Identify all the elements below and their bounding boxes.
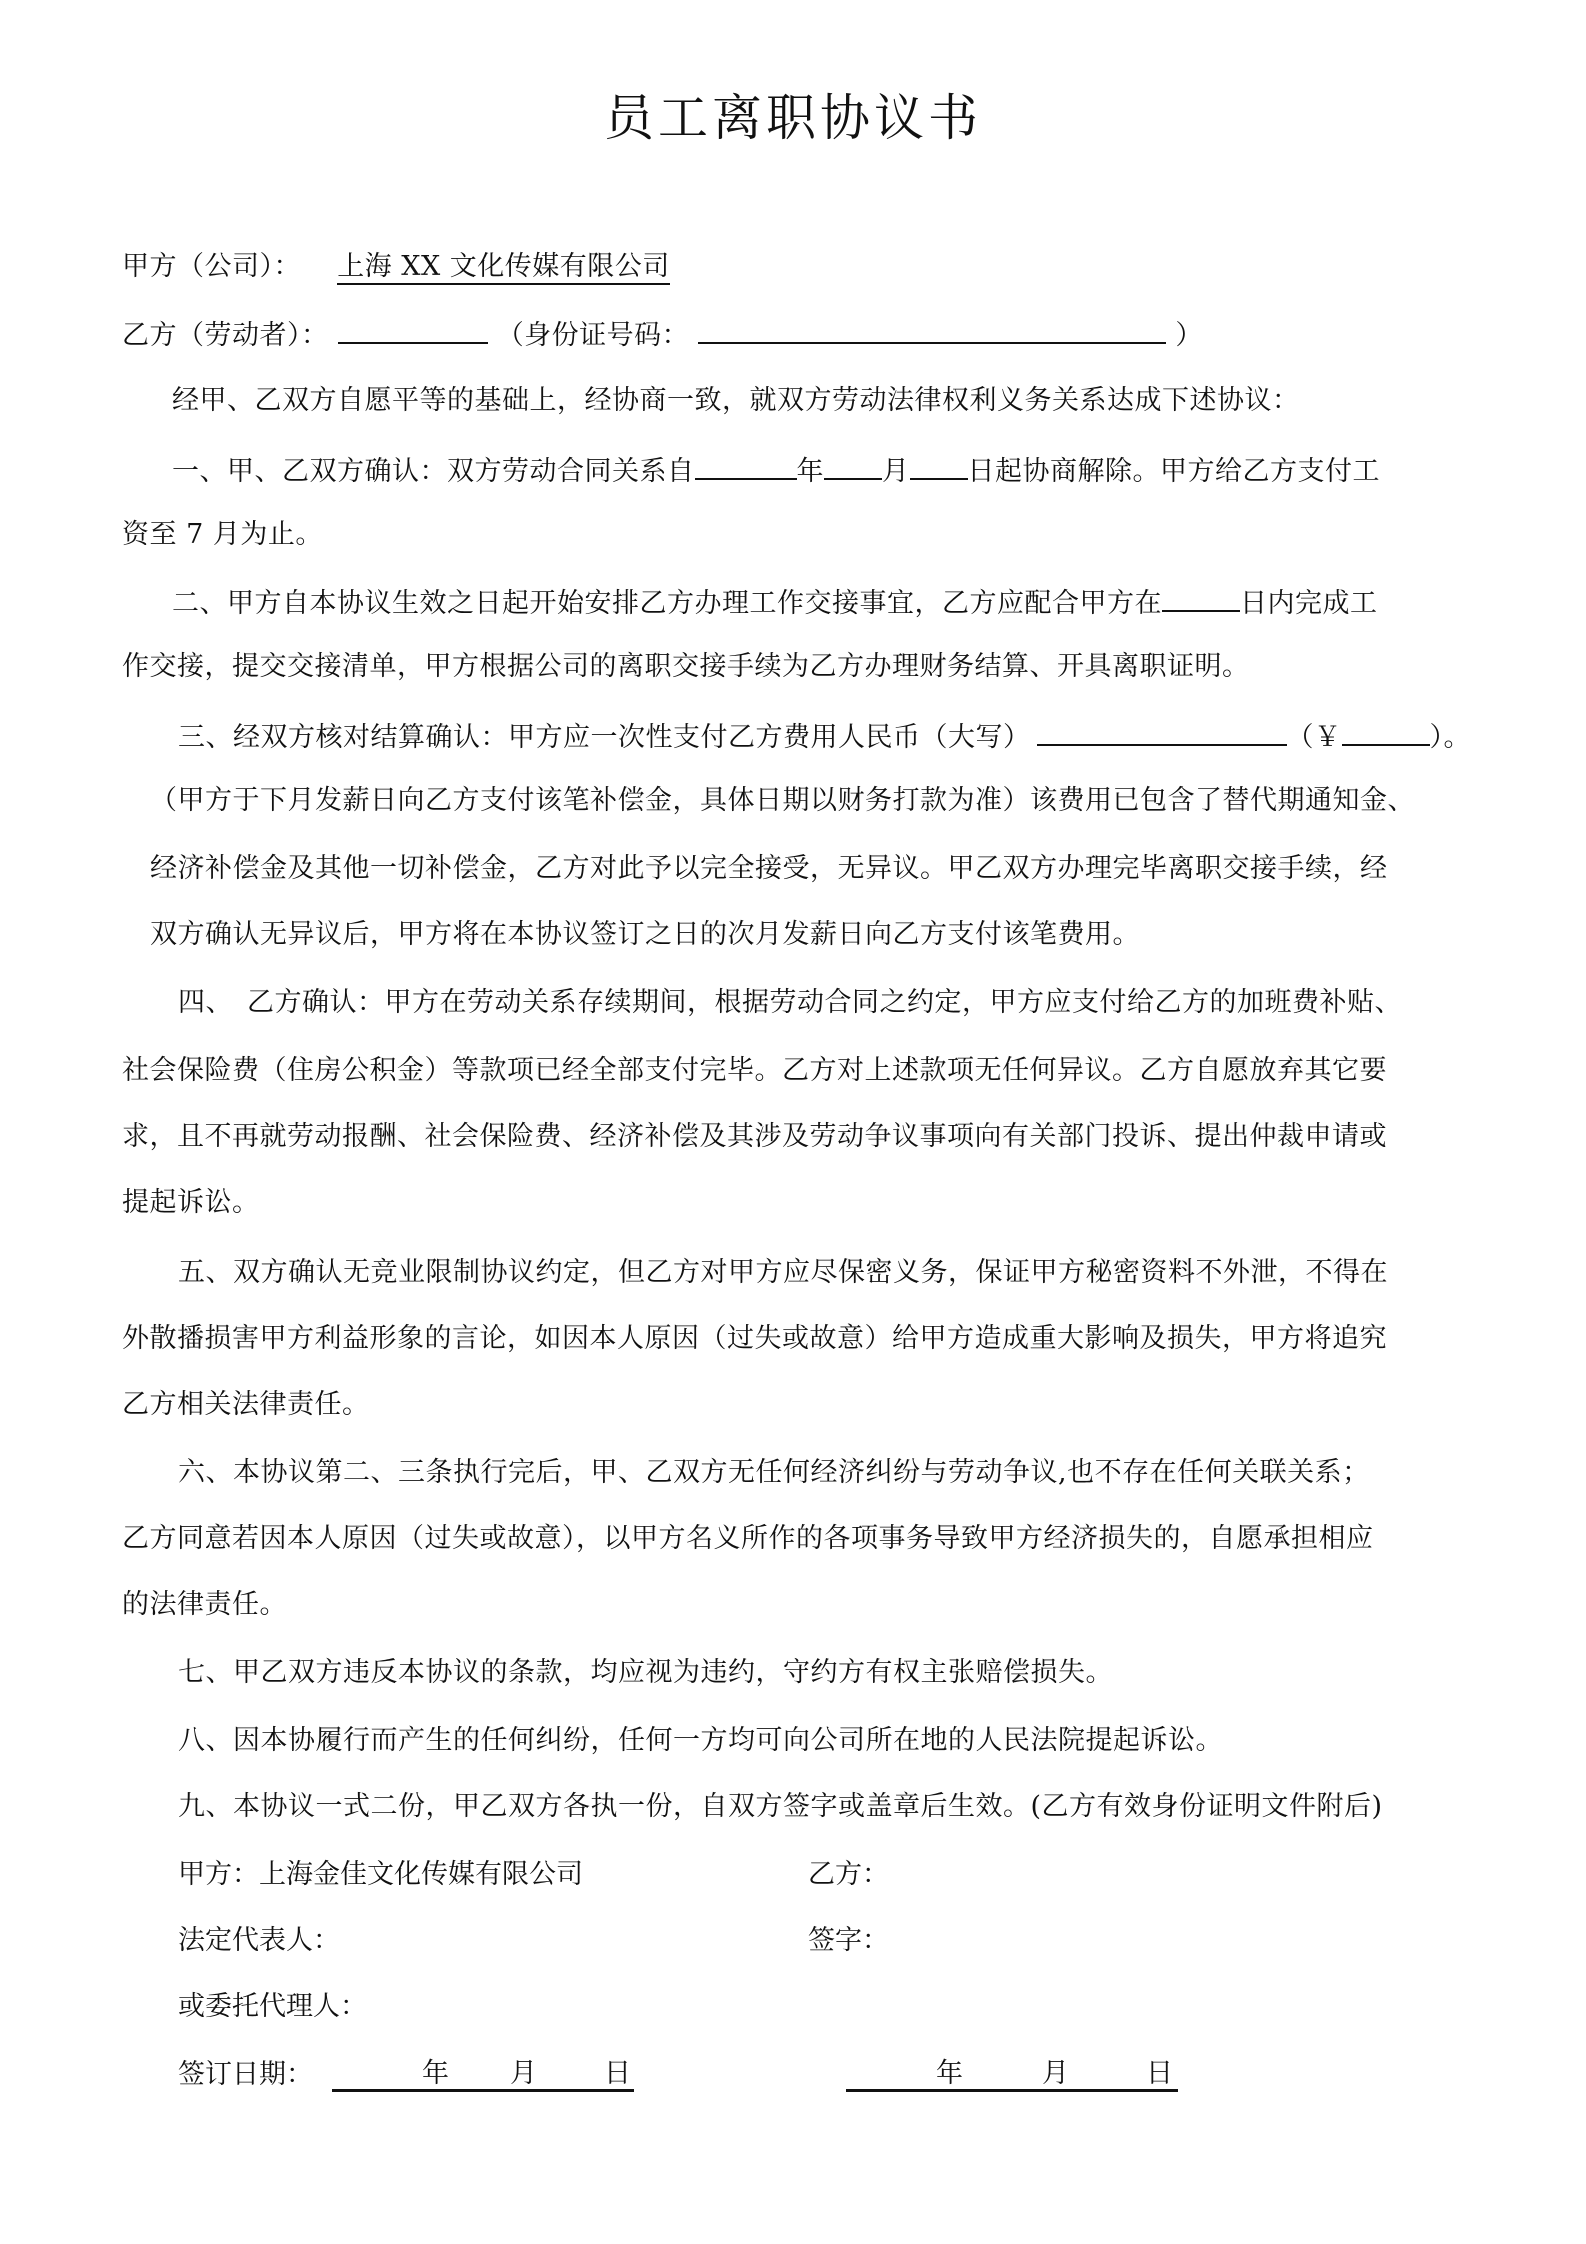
clause6-line2: 乙方同意若因本人原因（过失或故意），以甲方名义所作的各项事务导致甲方经济损失的，… (122, 1522, 1374, 1556)
party-a-date-day: 日 (604, 2057, 631, 2091)
clause3-text-c: ）。 (1430, 722, 1472, 753)
party-b-date-day: 日 (1146, 2057, 1173, 2091)
party-a-date-year: 年 (422, 2057, 449, 2091)
clause5-line1: 五、双方确认无竞业限制协议约定，但乙方对甲方应尽保密义务，保证甲方秘密资料不外泄… (178, 1256, 1388, 1290)
clause3-amount-number-blank[interactable] (1342, 718, 1430, 746)
clause2-text-a: 二、甲方自本协议生效之日起开始安排乙方办理工作交接事宜，乙方应配合甲方在 (172, 588, 1162, 619)
party-b-id-label: （身份证号码： (497, 320, 690, 351)
clause9-text: 九、本协议一式二份，甲乙双方各执一份，自双方签字或盖章后生效。(乙方有效身份证明… (178, 1790, 1383, 1824)
signature-sign: 签字： (808, 1924, 889, 1958)
signature-agent: 或委托代理人： (178, 1990, 367, 2024)
clause1-month-label: 月 (882, 456, 910, 487)
clause2-text-b: 日内完成工 (1240, 588, 1378, 619)
signature-date-label: 签订日期： (178, 2058, 313, 2092)
clause7-text: 七、甲乙双方违反本协议的条款，均应视为违约，守约方有权主张赔偿损失。 (178, 1656, 1113, 1690)
clause4-line1: 四、 乙方确认：甲方在劳动关系存续期间，根据劳动合同之约定，甲方应支付给乙方的加… (178, 986, 1402, 1020)
party-a-date-field[interactable]: 年 月 日 (332, 2058, 634, 2092)
party-a-date-month: 月 (510, 2057, 537, 2091)
clause5-line2: 外散播损害甲方利益形象的言论，如因本人原因（过失或故意）给甲方造成重大影响及损失… (122, 1322, 1387, 1356)
clause1-line2: 资至 7 月为止。 (122, 518, 323, 552)
party-b-date-year: 年 (936, 2057, 963, 2091)
party-b-date-month: 月 (1042, 2057, 1069, 2091)
clause2-days-blank[interactable] (1162, 584, 1240, 612)
clause3-amount-words-blank[interactable] (1037, 718, 1287, 746)
clause1-text-b: 日起协商解除。甲方给乙方支付工 (968, 456, 1381, 487)
clause4-line3: 求，且不再就劳动报酬、社会保险费、经济补偿及其涉及劳动争议事项向有关部门投诉、提… (122, 1120, 1387, 1154)
clause2-line2: 作交接，提交交接清单，甲方根据公司的离职交接手续为乙方办理财务结算、开具离职证明… (122, 650, 1250, 684)
signature-legal-rep: 法定代表人： (178, 1924, 340, 1958)
clause1-month-blank[interactable] (824, 452, 882, 480)
clause3-line3: 经济补偿金及其他一切补偿金，乙方对此予以完全接受，无异议。甲乙双方办理完毕离职交… (150, 852, 1388, 886)
document-title: 员工离职协议书 (0, 88, 1586, 148)
clause6-line3: 的法律责任。 (122, 1588, 287, 1622)
clause3-yen-label: （￥ (1287, 722, 1342, 753)
party-b-date-field[interactable]: 年 月 日 (846, 2058, 1178, 2092)
party-a-value: 上海 XX 文化传媒有限公司 (337, 251, 670, 285)
clause1-text-a: 一、甲、乙双方确认：双方劳动合同关系自 (172, 456, 695, 487)
clause2-line1: 二、甲方自本协议生效之日起开始安排乙方办理工作交接事宜，乙方应配合甲方在日内完成… (172, 584, 1378, 621)
intro-text: 经甲、乙双方自愿平等的基础上，经协商一致，就双方劳动法律权利义务关系达成下述协议… (172, 384, 1300, 418)
party-b-line: 乙方（劳动者）： （身份证号码： ） (122, 316, 1203, 353)
clause4-line4: 提起诉讼。 (122, 1186, 260, 1220)
clause4-line2: 社会保险费（住房公积金）等款项已经全部支付完毕。乙方对上述款项无任何异议。乙方自… (122, 1054, 1387, 1088)
clause3-line2: （甲方于下月发薪日向乙方支付该笔补偿金，具体日期以财务打款为准）该费用已包含了替… (150, 784, 1415, 818)
clause1-day-blank[interactable] (910, 452, 968, 480)
clause8-text: 八、因本协履行而产生的任何纠纷，任何一方均可向公司所在地的人民法院提起诉讼。 (178, 1724, 1223, 1758)
clause6-line1: 六、本协议第二、三条执行完后，甲、乙双方无任何经济纠纷与劳动争议,也不存在任何关… (178, 1456, 1370, 1490)
party-b-id-blank[interactable] (698, 316, 1166, 344)
party-b-label: 乙方（劳动者）： (122, 320, 329, 351)
signature-party-b: 乙方： (808, 1858, 889, 1892)
party-a-line: 甲方（公司）： 上海 XX 文化传媒有限公司 (122, 250, 670, 284)
signature-party-a: 甲方：上海金佳文化传媒有限公司 (178, 1858, 583, 1892)
party-b-id-close: ） (1175, 320, 1203, 351)
party-a-label: 甲方（公司）： (122, 251, 301, 282)
clause1-year-label: 年 (797, 456, 825, 487)
clause3-text-a: 三、经双方核对结算确认：甲方应一次性支付乙方费用人民币（大写） (178, 722, 1031, 753)
clause3-line1: 三、经双方核对结算确认：甲方应一次性支付乙方费用人民币（大写）（￥）。 (178, 718, 1471, 755)
clause1-year-blank[interactable] (695, 452, 797, 480)
clause3-line4: 双方确认无异议后，甲方将在本协议签订之日的次月发薪日向乙方支付该笔费用。 (150, 918, 1140, 952)
party-b-name-blank[interactable] (338, 316, 488, 344)
clause1-line1: 一、甲、乙双方确认：双方劳动合同关系自年月日起协商解除。甲方给乙方支付工 (172, 452, 1380, 489)
clause5-line3: 乙方相关法律责任。 (122, 1388, 370, 1422)
